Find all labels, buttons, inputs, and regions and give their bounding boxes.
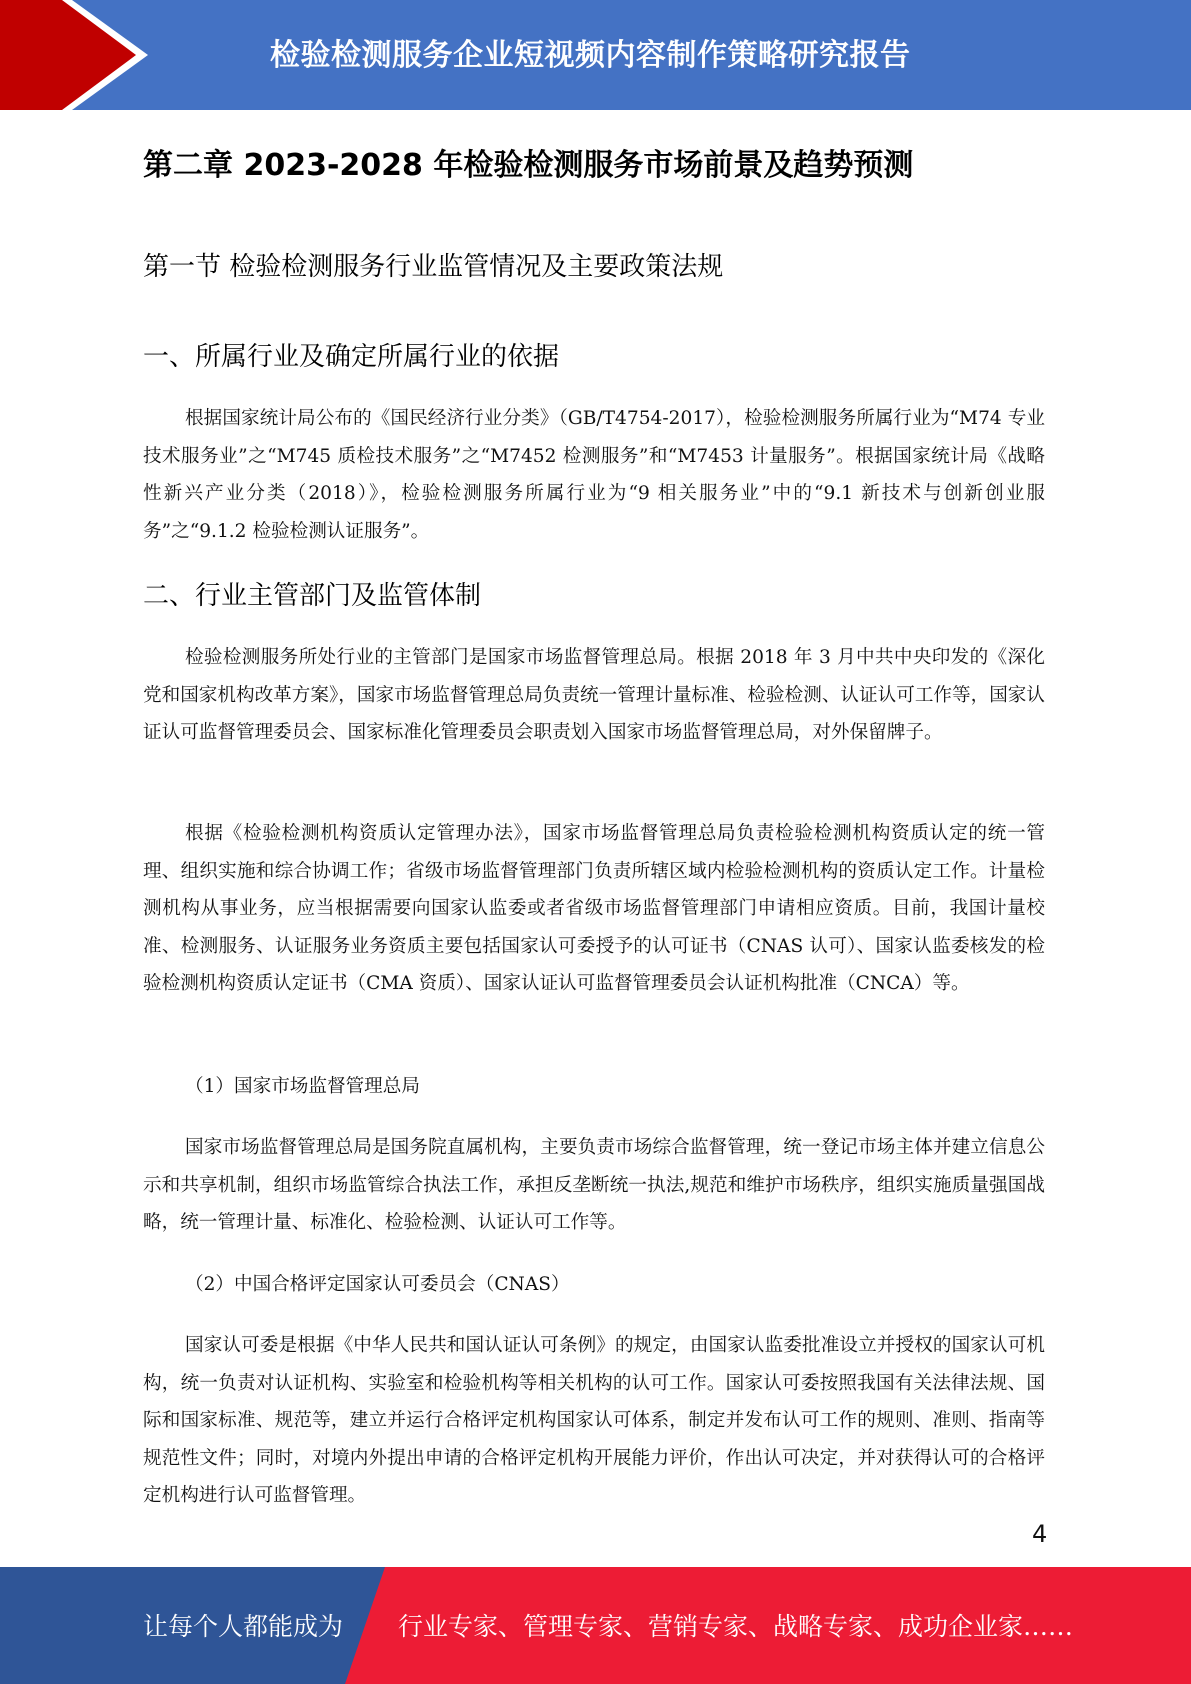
report-header-banner: 检验检测服务企业短视频内容制作策略研究报告 (0, 0, 1191, 110)
footer-slogan-left: 让每个人都能成为 (143, 1607, 343, 1643)
paragraph-qualification-management: 根据《检验检测机构资质认定管理办法》，国家市场监督管理总局负责检验检测机构资质认… (143, 815, 1045, 1003)
section-title: 第一节 检验检测服务行业监管情况及主要政策法规 (143, 246, 723, 283)
page-number: 4 (1032, 1520, 1047, 1548)
paragraph-industry-classification: 根据国家统计局公布的《国民经济行业分类》（GB/T4754-2017），检验检测… (143, 400, 1045, 550)
subsection-heading-1: 一、所属行业及确定所属行业的依据 (143, 336, 559, 373)
paragraph-cnas: 国家认可委是根据《中华人民共和国认证认可条例》的规定，由国家认监委批准设立并授权… (143, 1327, 1045, 1515)
paragraph-samr: 国家市场监督管理总局是国务院直属机构，主要负责市场综合监督管理，统一登记市场主体… (143, 1129, 1045, 1242)
report-title: 检验检测服务企业短视频内容制作策略研究报告 (270, 30, 911, 74)
item-label-samr: （1）国家市场监督管理总局 (185, 1072, 420, 1102)
chapter-title: 第二章 2023-2028 年检验检测服务市场前景及趋势预测 (143, 140, 913, 184)
paragraph-regulatory-authority: 检验检测服务所处行业的主管部门是国家市场监督管理总局。根据 2018 年 3 月… (143, 639, 1045, 752)
footer-slogan-right: 行业专家、管理专家、营销专家、战略专家、成功企业家…… (398, 1607, 1073, 1643)
footer-banner: 让每个人都能成为 行业专家、管理专家、营销专家、战略专家、成功企业家…… (0, 1567, 1191, 1684)
red-arrow-icon (0, 0, 160, 110)
item-label-cnas: （2）中国合格评定国家认可委员会（CNAS） (185, 1270, 570, 1300)
subsection-heading-2: 二、行业主管部门及监管体制 (143, 575, 481, 612)
